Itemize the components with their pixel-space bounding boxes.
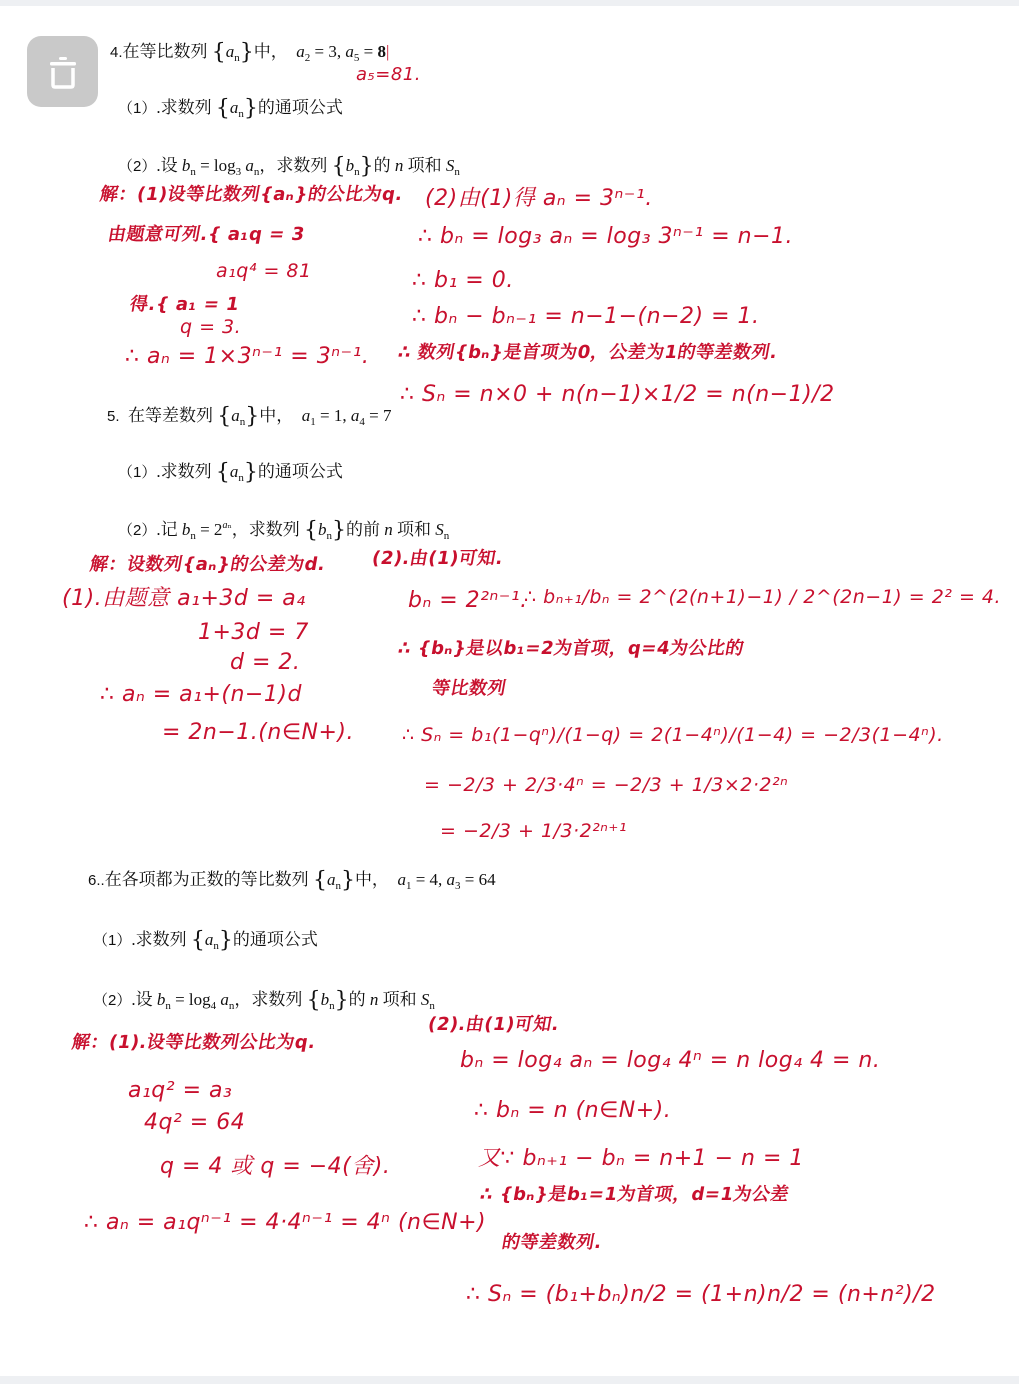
problem-4-part1: （1）.求数列 {an}的通项公式: [118, 98, 343, 120]
p5-sol-left-5: ∴ aₙ = a₁+(n−1)d: [100, 684, 302, 706]
p4-sol-right-1: (2)由(1)得 aₙ = 3ⁿ⁻¹.: [425, 188, 653, 210]
annotation-a5: a₅=81.: [356, 66, 421, 84]
p4-sol-right-5: ∴ 数列{bₙ}是首项为0，公差为1的等差数列.: [396, 344, 779, 362]
p6-sol-right-3: ∴ bₙ = n (n∈N+).: [474, 1100, 671, 1122]
delete-button[interactable]: [27, 36, 98, 107]
p6-sol-right-7: ∴ Sₙ = (b₁+bₙ)n/2 = (1+n)n/2 = (n+n²)/2: [466, 1284, 936, 1306]
p6-sol-left-2: a₁q² = a₃: [128, 1080, 232, 1102]
p4-sol-left-1: 解：(1)设等比数列{aₙ}的公比为q.: [98, 186, 404, 204]
problem-5-part2: （2）.记 bn = 2aₙ，求数列 {bn}的前 n 项和 Sn: [118, 520, 449, 542]
p5-sol-right-7: = −2/3 + 2/3·4ⁿ = −2/3 + 1/3×2·2²ⁿ: [424, 776, 788, 795]
p6-sol-right-5: ∴ {bₙ}是b₁=1为首项，d=1为公差: [478, 1186, 790, 1204]
p5-sol-right-3: ∴ bₙ₊₁/bₙ = 2^(2(n+1)−1) / 2^(2n−1) = 2²…: [524, 588, 1001, 607]
p5-sol-left-2: (1).由题意 a₁+3d = a₄: [62, 588, 306, 610]
problem-5-part1: （1）.求数列 {an}的通项公式: [118, 462, 343, 484]
bottom-frame-bar: [0, 1376, 1019, 1384]
p4-sol-left-5: q = 3.: [180, 318, 241, 337]
p6-sol-right-6: 的等差数列.: [500, 1234, 603, 1252]
p5-sol-right-8: = −2/3 + 1/3·2²ⁿ⁺¹: [440, 822, 627, 841]
p6-sol-right-4: 又∵ bₙ₊₁ − bₙ = n+1 − n = 1: [478, 1148, 804, 1170]
p5-sol-left-3: 1+3d = 7: [198, 622, 309, 644]
p5-sol-left-1: 解：设数列{aₙ}的公差为d.: [88, 556, 326, 574]
p4-sol-right-6: ∴ Sₙ = n×0 + n(n−1)×1/2 = n(n−1)/2: [400, 384, 835, 406]
p5-sol-right-6: ∴ Sₙ = b₁(1−qⁿ)/(1−q) = 2(1−4ⁿ)/(1−4) = …: [402, 726, 944, 745]
p6-sol-right-2: bₙ = log₄ aₙ = log₄ 4ⁿ = n log₄ 4 = n.: [460, 1050, 880, 1072]
p4-sol-right-4: ∴ bₙ − bₙ₋₁ = n−1−(n−2) = 1.: [412, 306, 760, 328]
p6-sol-left-4: q = 4 或 q = −4(舍).: [160, 1156, 390, 1178]
problem-4-stem: 4.在等比数列 {an}中， a2 = 3, a5 = 8|: [110, 42, 389, 64]
p6-sol-right-1: (2).由(1)可知.: [426, 1016, 560, 1034]
p6-sol-left-3: 4q² = 64: [144, 1112, 245, 1134]
problem-4-part2: （2）.设 bn = log3 an，求数列 {bn}的 n 项和 Sn: [118, 156, 460, 178]
p6-sol-left-1: 解：(1).设等比数列公比为q.: [70, 1034, 317, 1052]
p4-sol-left-4: 得.{ a₁ = 1: [128, 296, 240, 314]
p4-sol-left-3: a₁q⁴ = 81: [216, 262, 312, 281]
p4-sol-left-6: ∴ aₙ = 1×3ⁿ⁻¹ = 3ⁿ⁻¹.: [125, 346, 369, 368]
p5-sol-right-5: 等比数列: [430, 680, 507, 698]
p4-sol-left-2: 由题意可列.{ a₁q = 3: [106, 226, 306, 244]
p5-sol-right-2: bₙ = 2²ⁿ⁻¹.: [408, 590, 528, 612]
p5-sol-right-1: (2).由(1)可知.: [370, 550, 504, 568]
problem-6-stem: 6..在各项都为正数的等比数列 {an}中， a1 = 4, a3 = 64: [88, 870, 496, 892]
p4-sol-right-3: ∴ b₁ = 0.: [412, 270, 514, 292]
p5-sol-left-6: = 2n−1.(n∈N+).: [162, 722, 354, 744]
p5-sol-left-4: d = 2.: [230, 652, 300, 674]
p6-sol-left-5: ∴ aₙ = a₁qⁿ⁻¹ = 4·4ⁿ⁻¹ = 4ⁿ (n∈N+): [84, 1212, 486, 1234]
problem-6-part2: （2）.设 bn = log4 an，求数列 {bn}的 n 项和 Sn: [93, 990, 435, 1012]
p5-sol-right-4: ∴ {bₙ}是以b₁=2为首项，q=4为公比的: [396, 640, 745, 658]
problem-5-stem: 5. 在等差数列 {an}中， a1 = 1, a4 = 7: [107, 406, 391, 428]
trash-icon: [43, 52, 83, 92]
problem-6-part1: （1）.求数列 {an}的通项公式: [93, 930, 318, 952]
p4-sol-right-2: ∴ bₙ = log₃ aₙ = log₃ 3ⁿ⁻¹ = n−1.: [418, 226, 793, 248]
